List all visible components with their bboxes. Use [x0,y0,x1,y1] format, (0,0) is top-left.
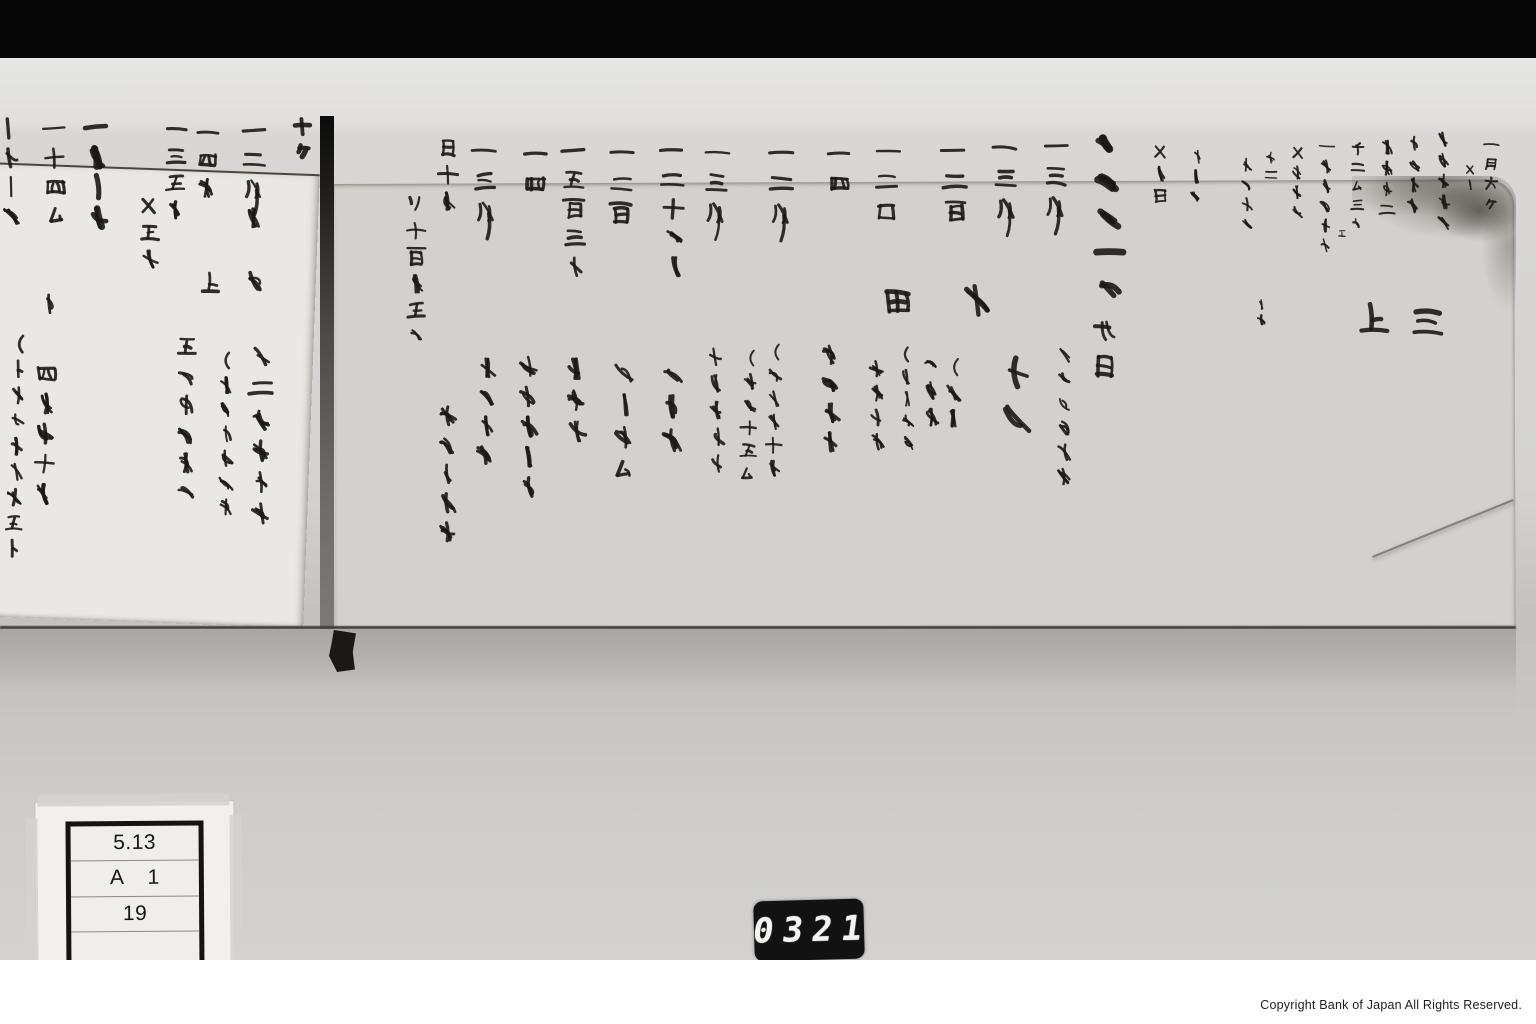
label-table: 5.13 A 1 19 [65,821,204,972]
ink-stain-corner [1352,176,1516,334]
page-gap-shadow [320,116,334,631]
frame-counter: 0321 [753,898,865,961]
scroll-shadow [0,629,1516,721]
bottom-margin: Copyright Bank of Japan All Rights Reser… [0,960,1536,1024]
manuscript-right-page [334,179,1516,630]
manuscript-left-page [0,162,320,628]
copyright-notice: Copyright Bank of Japan All Rights Reser… [1260,998,1522,1012]
tape-strip [37,793,229,806]
counter-digits: 0321 [750,908,873,951]
label-row-series: A 1 [71,861,199,897]
label-row-number: 19 [71,896,199,932]
photo-background: 5.13 A 1 19 0321 [0,58,1536,960]
archival-photo-viewer: 5.13 A 1 19 0321 Copyright Bank of Japan… [0,0,1536,1024]
label-row-class: 5.13 [71,826,199,862]
film-top-band [0,0,1536,58]
tape-strip [25,819,38,971]
tape-strip [229,815,242,969]
